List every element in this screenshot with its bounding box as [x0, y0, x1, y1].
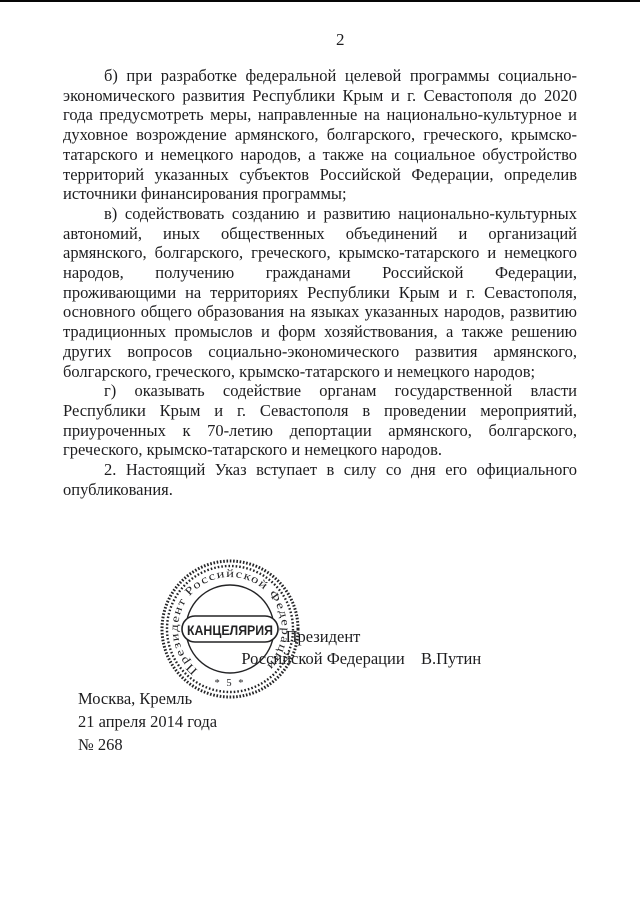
- signature-name: В.Путин: [421, 649, 481, 669]
- chancellery-stamp-icon: Президент Российской Федерации * 5 * КАН…: [156, 555, 304, 703]
- scan-edge-line: [0, 0, 640, 2]
- chancellery-stamp: Президент Российской Федерации * 5 * КАН…: [156, 555, 304, 703]
- document-page: 2 б) при разработке федеральной целевой …: [0, 0, 640, 905]
- page-number: 2: [336, 30, 345, 50]
- footer-number: № 268: [78, 734, 217, 757]
- stamp-bottom-text: * 5 *: [215, 678, 246, 689]
- paragraph-v: в) содействовать созданию и развитию нац…: [63, 204, 577, 381]
- stamp-center-text: КАНЦЕЛЯРИЯ: [187, 622, 273, 638]
- footer-date: 21 апреля 2014 года: [78, 711, 217, 734]
- paragraph-2: 2. Настоящий Указ вступает в силу со дня…: [63, 460, 577, 499]
- paragraph-b: б) при разработке федеральной целевой пр…: [63, 66, 577, 204]
- paragraph-g: г) оказывать содействие органам государс…: [63, 381, 577, 460]
- decree-body: б) при разработке федеральной целевой пр…: [63, 66, 577, 499]
